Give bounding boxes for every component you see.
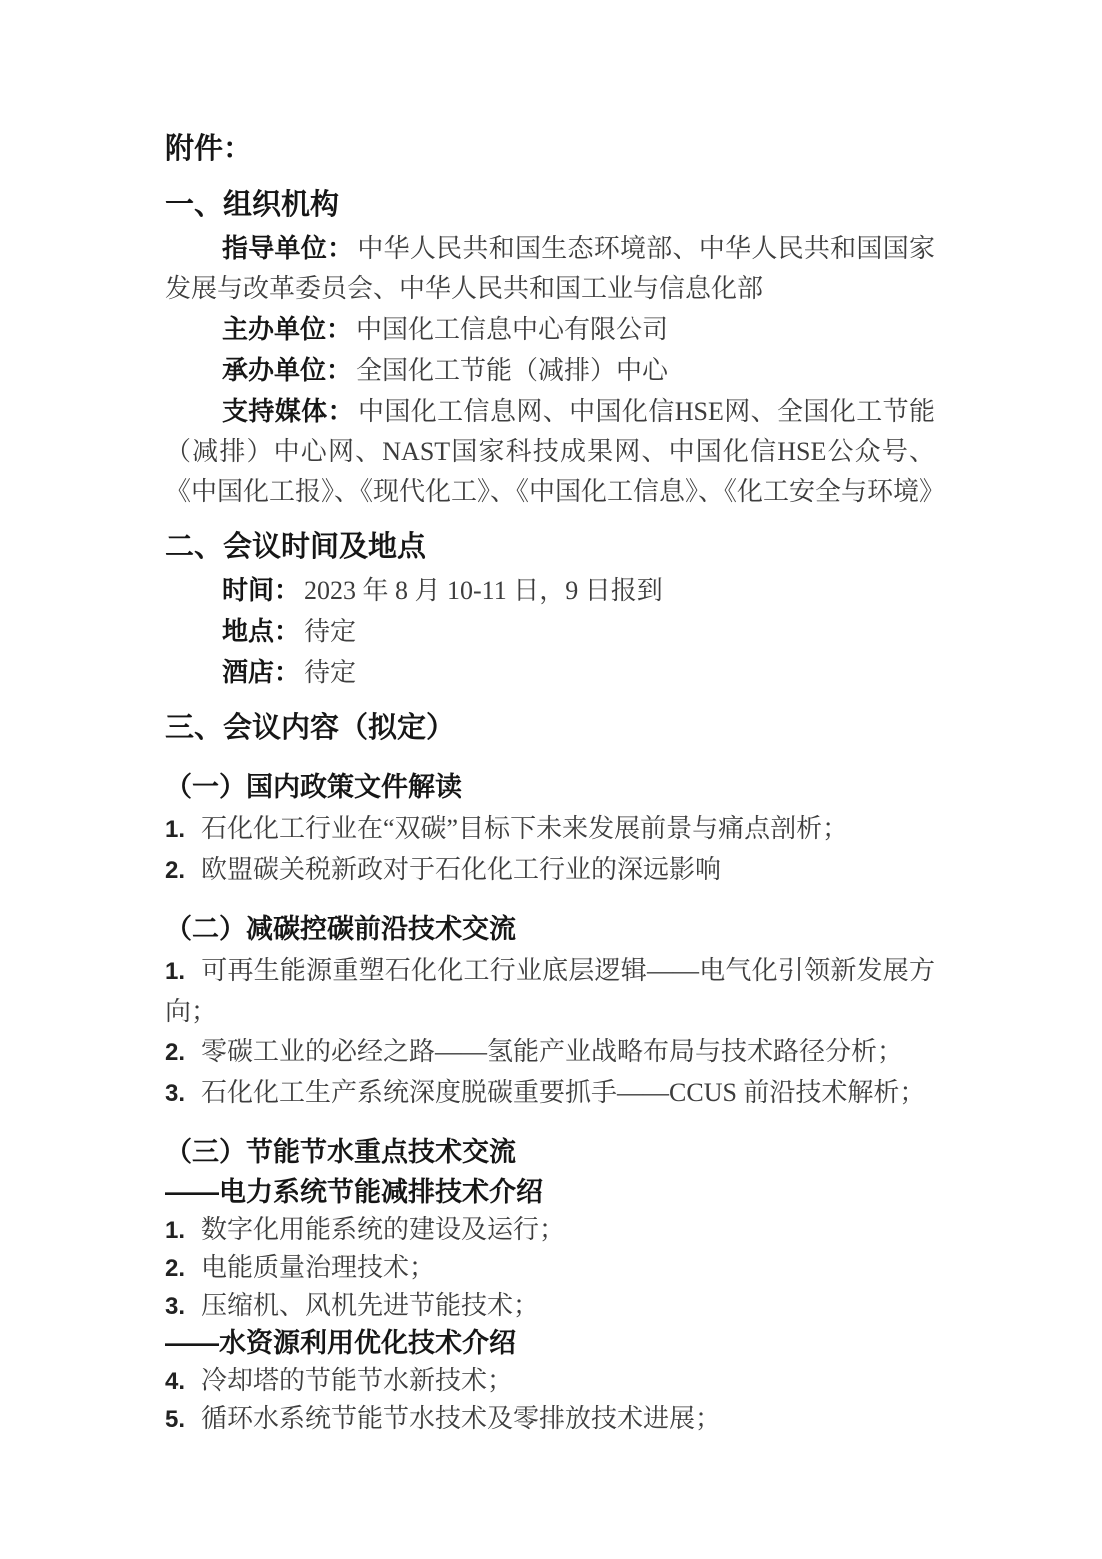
subsection-heading-policy: （一）国内政策文件解读	[165, 767, 935, 807]
section-heading-content: 三、会议内容（拟定）	[165, 707, 935, 749]
entry-label: 酒店：	[222, 657, 300, 687]
list-item: 5.循环水系统节能节水技术及零排放技术进展；	[165, 1400, 935, 1438]
list-item-text: 电能质量治理技术；	[201, 1253, 435, 1282]
entry-time: 时间：2023 年 8 月 10-11 日，9 日报到	[165, 570, 935, 611]
list-item-number: 1.	[165, 816, 185, 843]
entry-value: 中国化工信息中心有限公司	[356, 315, 668, 344]
list-item: 2.欧盟碳关税新政对于石化化工行业的深远影响	[165, 850, 935, 891]
entry-label: 主办单位：	[222, 314, 352, 344]
list-item-text: 冷却塔的节能节水新技术；	[201, 1366, 513, 1395]
dash-heading-power: ——电力系统节能减排技术介绍	[165, 1174, 935, 1211]
entry-place: 地点：待定	[165, 611, 935, 652]
dash-heading-water: ——水资源利用优化技术介绍	[165, 1325, 935, 1362]
section-heading-organization: 一、组织机构	[165, 184, 935, 226]
entry-value: 2023 年 8 月 10-11 日，9 日报到	[304, 576, 663, 605]
list-item: 4.冷却塔的节能节水新技术；	[165, 1362, 935, 1400]
list-item: 1.石化化工行业在“双碳”目标下未来发展前景与痛点剖析；	[165, 809, 935, 850]
entry-value: 待定	[304, 658, 356, 687]
list-item-number: 2.	[165, 1255, 185, 1282]
list-item-number: 2.	[165, 1039, 185, 1066]
list-item: 3.石化化工生产系统深度脱碳重要抓手——CCUS 前沿技术解析；	[165, 1073, 935, 1114]
entry-guiding-unit: 指导单位：中华人民共和国生态环境部、中华人民共和国国家发展与改革委员会、中华人民…	[165, 228, 935, 309]
entry-host-unit: 主办单位：中国化工信息中心有限公司	[165, 309, 935, 350]
list-item: 1.数字化用能系统的建设及运行；	[165, 1211, 935, 1249]
subsection-heading-energy-water: （三）节能节水重点技术交流	[165, 1132, 935, 1172]
list-item-text: 零碳工业的必经之路——氢能产业战略布局与技术路径分析；	[201, 1037, 903, 1066]
attachment-label: 附件：	[165, 128, 935, 170]
list-item-text: 石化化工行业在“双碳”目标下未来发展前景与痛点剖析；	[201, 814, 848, 843]
list-item: 3.压缩机、风机先进节能技术；	[165, 1287, 935, 1325]
list-item-number: 1.	[165, 958, 185, 985]
subsection-heading-carbon: （二）减碳控碳前沿技术交流	[165, 909, 935, 949]
entry-media-support: 支持媒体：中国化工信息网、中国化信HSE网、全国化工节能（减排）中心网、NAST…	[165, 391, 935, 512]
list-item: 2.零碳工业的必经之路——氢能产业战略布局与技术路径分析；	[165, 1032, 935, 1073]
list-item-number: 3.	[165, 1080, 185, 1107]
list-item-number: 5.	[165, 1406, 185, 1433]
list-item-number: 1.	[165, 1217, 185, 1244]
list-item: 2.电能质量治理技术；	[165, 1249, 935, 1287]
entry-label: 时间：	[222, 575, 300, 605]
section-heading-time-place: 二、会议时间及地点	[165, 526, 935, 568]
entry-value: 待定	[304, 617, 356, 646]
entry-label: 地点：	[222, 616, 300, 646]
list-item-number: 3.	[165, 1293, 185, 1320]
entry-hotel: 酒店：待定	[165, 652, 935, 693]
list-item-text: 压缩机、风机先进节能技术；	[201, 1291, 539, 1320]
list-item-number: 4.	[165, 1368, 185, 1395]
entry-label: 指导单位：	[222, 233, 353, 263]
document-page: 附件： 一、组织机构 指导单位：中华人民共和国生态环境部、中华人民共和国国家发展…	[0, 0, 1102, 1559]
list-item-number: 2.	[165, 857, 185, 884]
list-item-text: 石化化工生产系统深度脱碳重要抓手——CCUS 前沿技术解析；	[201, 1078, 925, 1107]
entry-value: 全国化工节能（减排）中心	[356, 356, 668, 385]
entry-label: 支持媒体：	[222, 396, 354, 426]
energy-water-block: ——电力系统节能减排技术介绍 1.数字化用能系统的建设及运行； 2.电能质量治理…	[165, 1174, 935, 1438]
list-item-text: 可再生能源重塑石化化工行业底层逻辑——电气化引领新发展方向；	[165, 956, 935, 1026]
list-item-text: 欧盟碳关税新政对于石化化工行业的深远影响	[201, 855, 721, 884]
entry-label: 承办单位：	[222, 355, 352, 385]
list-item-text: 循环水系统节能节水技术及零排放技术进展；	[201, 1404, 721, 1433]
list-item-text: 数字化用能系统的建设及运行；	[201, 1215, 565, 1244]
entry-organizer-unit: 承办单位：全国化工节能（减排）中心	[165, 350, 935, 391]
list-item: 1.可再生能源重塑石化化工行业底层逻辑——电气化引领新发展方向；	[165, 951, 935, 1032]
